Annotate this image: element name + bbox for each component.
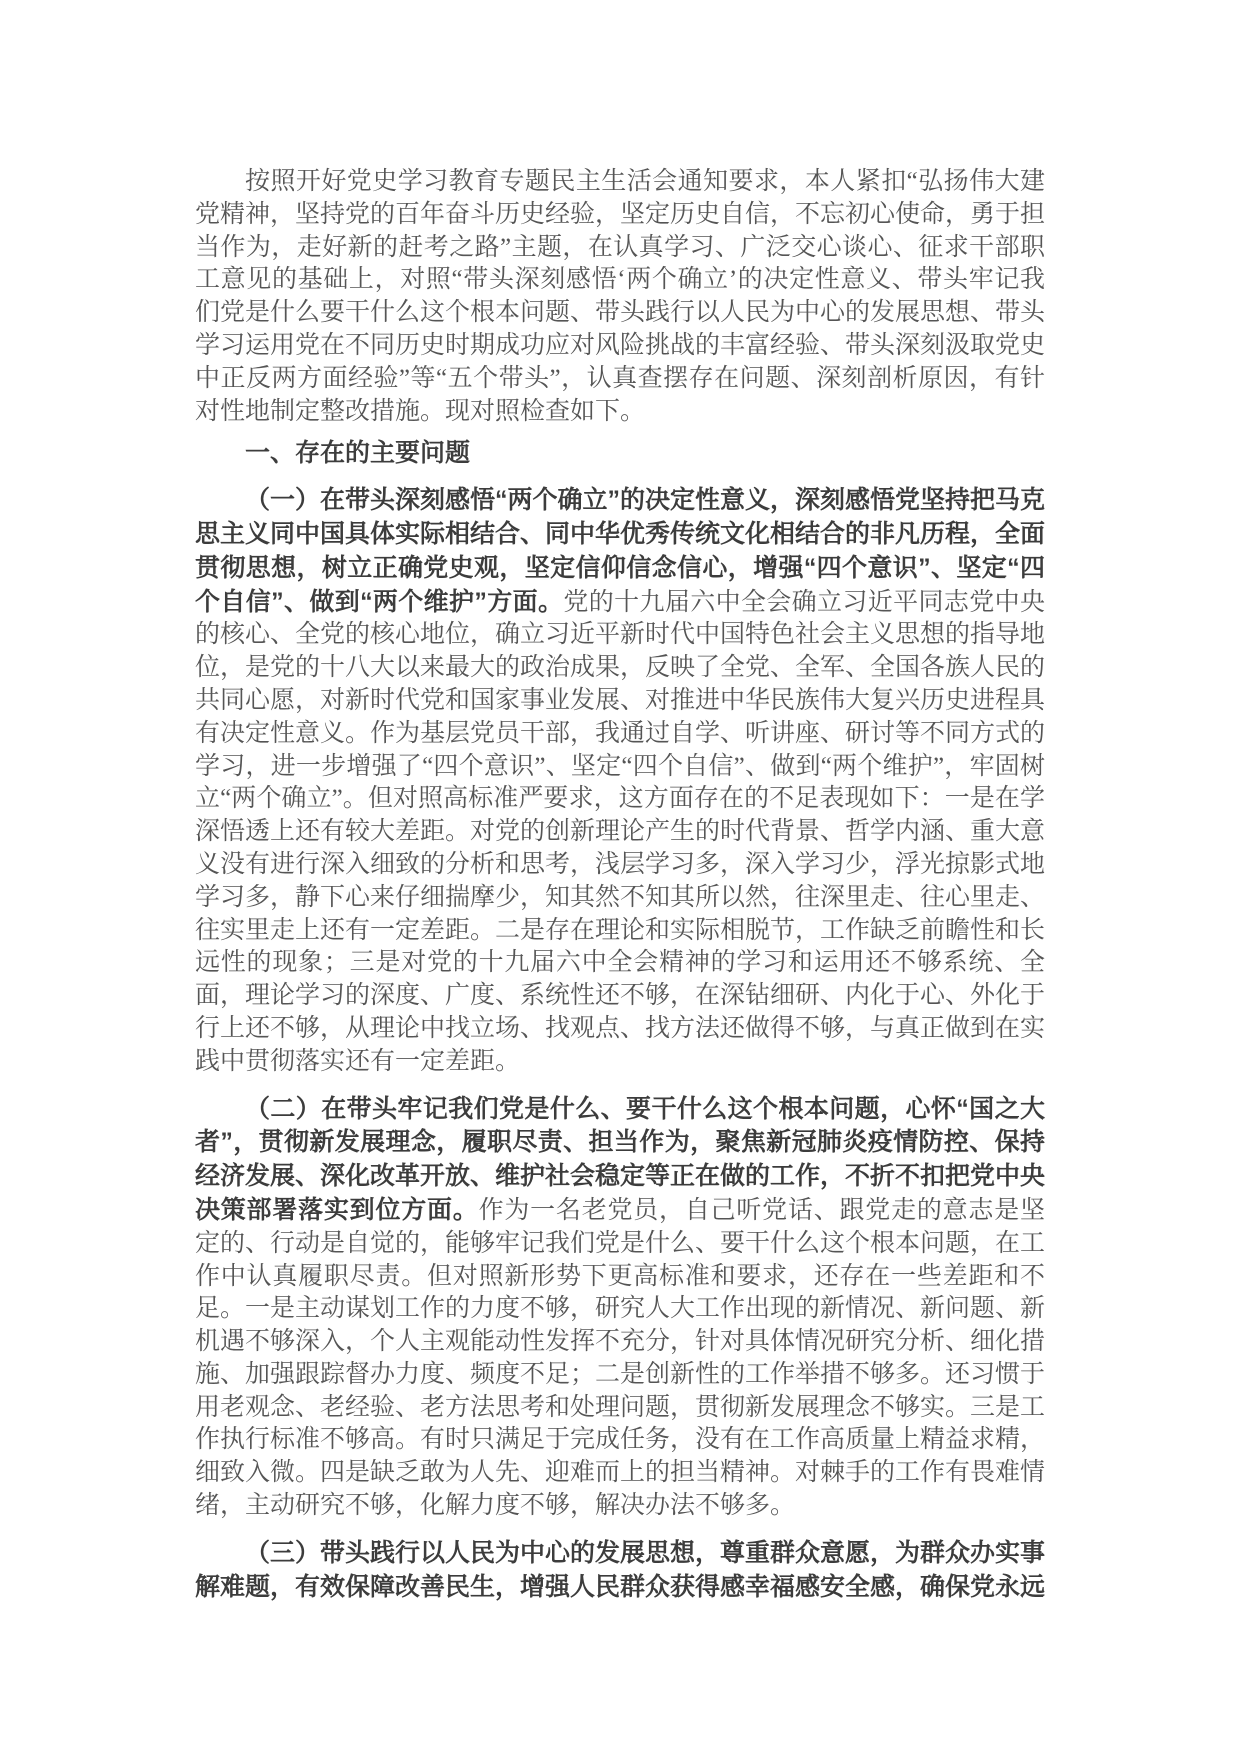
item-paragraph-1: （一）在带头深刻感悟“两个确立”的决定性意义，深刻感悟党坚持把马克思主义同中国具… — [195, 484, 1045, 1078]
item-2-body-text: 作为一名老党员，自己听党话、跟党走的意志是坚定的、行动是自觉的，能够牢记我们党是… — [195, 1197, 1045, 1519]
item-3-lead-bold: （三）带头践行以人民为中心的发展思想，尊重群众意愿，为群众办实事解难题，有效保障… — [195, 1539, 1045, 1601]
document-page: 按照开好党史学习教育专题民主生活会通知要求，本人紧扣“弘扬伟大建党精神，坚持党的… — [0, 0, 1240, 1754]
section-heading-main-problems: 一、存在的主要问题 — [195, 437, 1045, 470]
intro-paragraph: 按照开好党史学习教育专题民主生活会通知要求，本人紧扣“弘扬伟大建党精神，坚持党的… — [195, 166, 1045, 428]
item-paragraph-3: （三）带头践行以人民为中心的发展思想，尊重群众意愿，为群众办实事解难题，有效保障… — [195, 1537, 1045, 1605]
item-paragraph-2: （二）在带头牢记我们党是什么、要干什么这个根本问题，心怀“国之大者”，贯彻新发展… — [195, 1093, 1045, 1523]
item-1-body-text: 党的十九届六中全会确立习近平同志党中央的核心、全党的核心地位，确立习近平新时代中… — [195, 589, 1045, 1075]
